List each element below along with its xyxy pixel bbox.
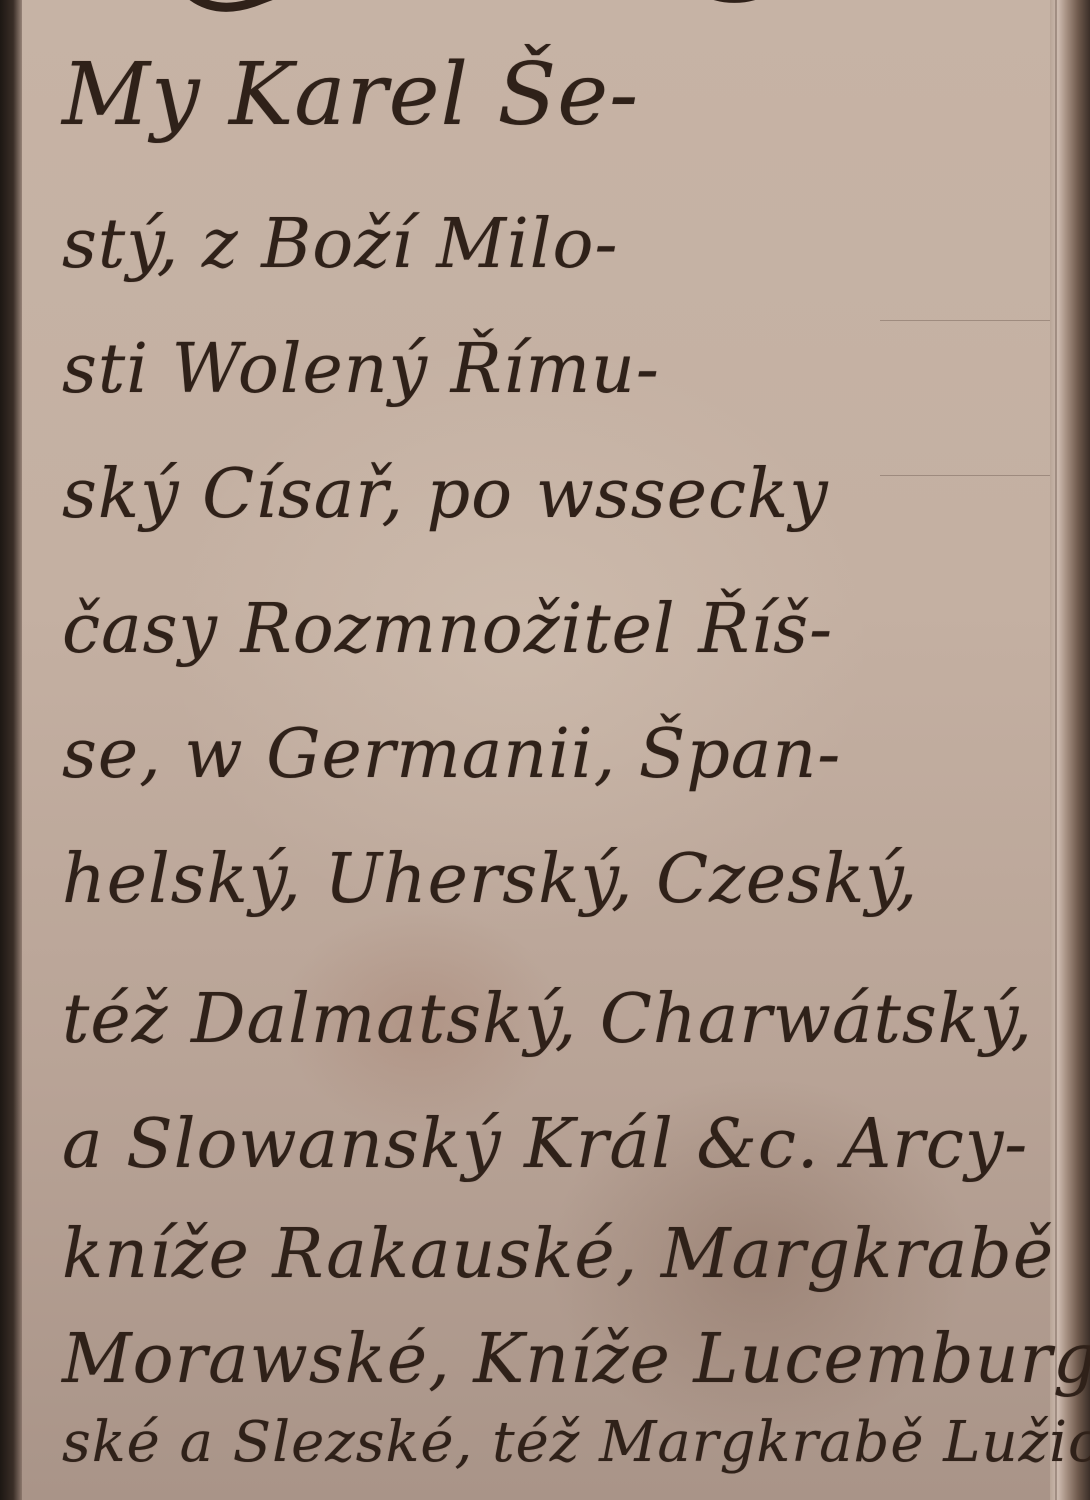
page-edge-line [1055,0,1057,1500]
paper-crease [880,475,1050,476]
book-binding-left [0,0,22,1500]
paper-crease [880,320,1050,321]
text-line-7: helský, Uherský, Czeský, [62,840,918,919]
text-line-4: ský Císař, po wssecky [62,455,829,534]
text-line-10: kníže Rakauské, Margkrabě [62,1215,1054,1294]
text-line-2: stý, z Boží Milo- [62,205,618,284]
text-line-8: též Dalmatský, Charwátský, [62,980,1033,1059]
text-line-3: sti Wolený Římu- [62,330,660,409]
text-line-5: časy Rozmnožitel Říš- [62,590,833,669]
text-line-12: ské a Slezské, též Margkrabě Lužické &c. [62,1410,1090,1475]
text-line-1: My Karel Še- [62,45,639,145]
decorative-flourish-top [170,0,820,40]
text-line-9: a Slowanský Král &c. Arcy- [62,1105,1028,1184]
manuscript-page: My Karel Še- stý, z Boží Milo- sti Wolen… [0,0,1090,1500]
text-line-11: Morawské, Kníže Lucemburg- [62,1320,1090,1399]
text-line-6: se, w Germanii, Špan- [62,715,841,794]
